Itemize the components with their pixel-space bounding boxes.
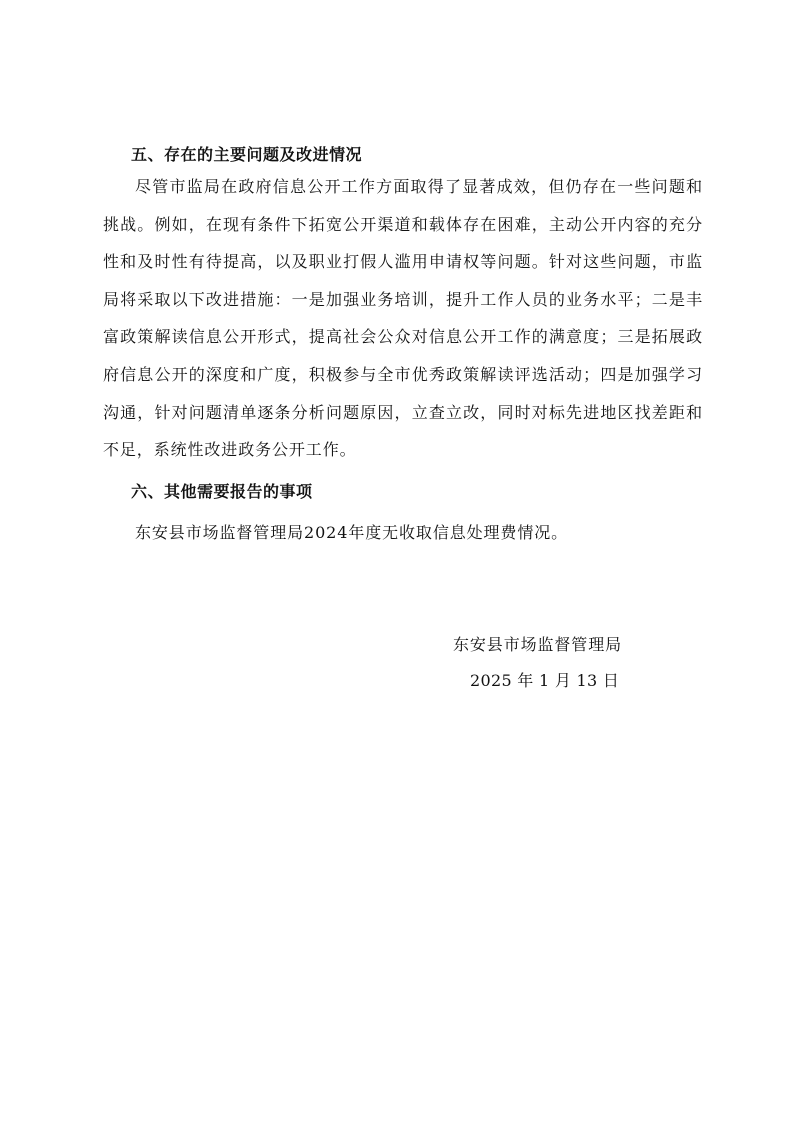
section-5-heading: 五、存在的主要问题及改进情况 [131,142,362,165]
section-5-body: 尽管市监局在政府信息公开工作方面取得了显著成效，但仍存在一些问题和挑战。例如，在… [103,168,703,469]
section-6-body: 东安县市场监督管理局2024年度无收取信息处理费情况。 [135,520,568,543]
document-page: 五、存在的主要问题及改进情况 尽管市监局在政府信息公开工作方面取得了显著成效，但… [0,0,793,1122]
section-6-heading: 六、其他需要报告的事项 [131,479,313,502]
signature-organization: 东安县市场监督管理局 [453,632,622,655]
signature-date: 2025 年 1 月 13 日 [470,668,619,691]
